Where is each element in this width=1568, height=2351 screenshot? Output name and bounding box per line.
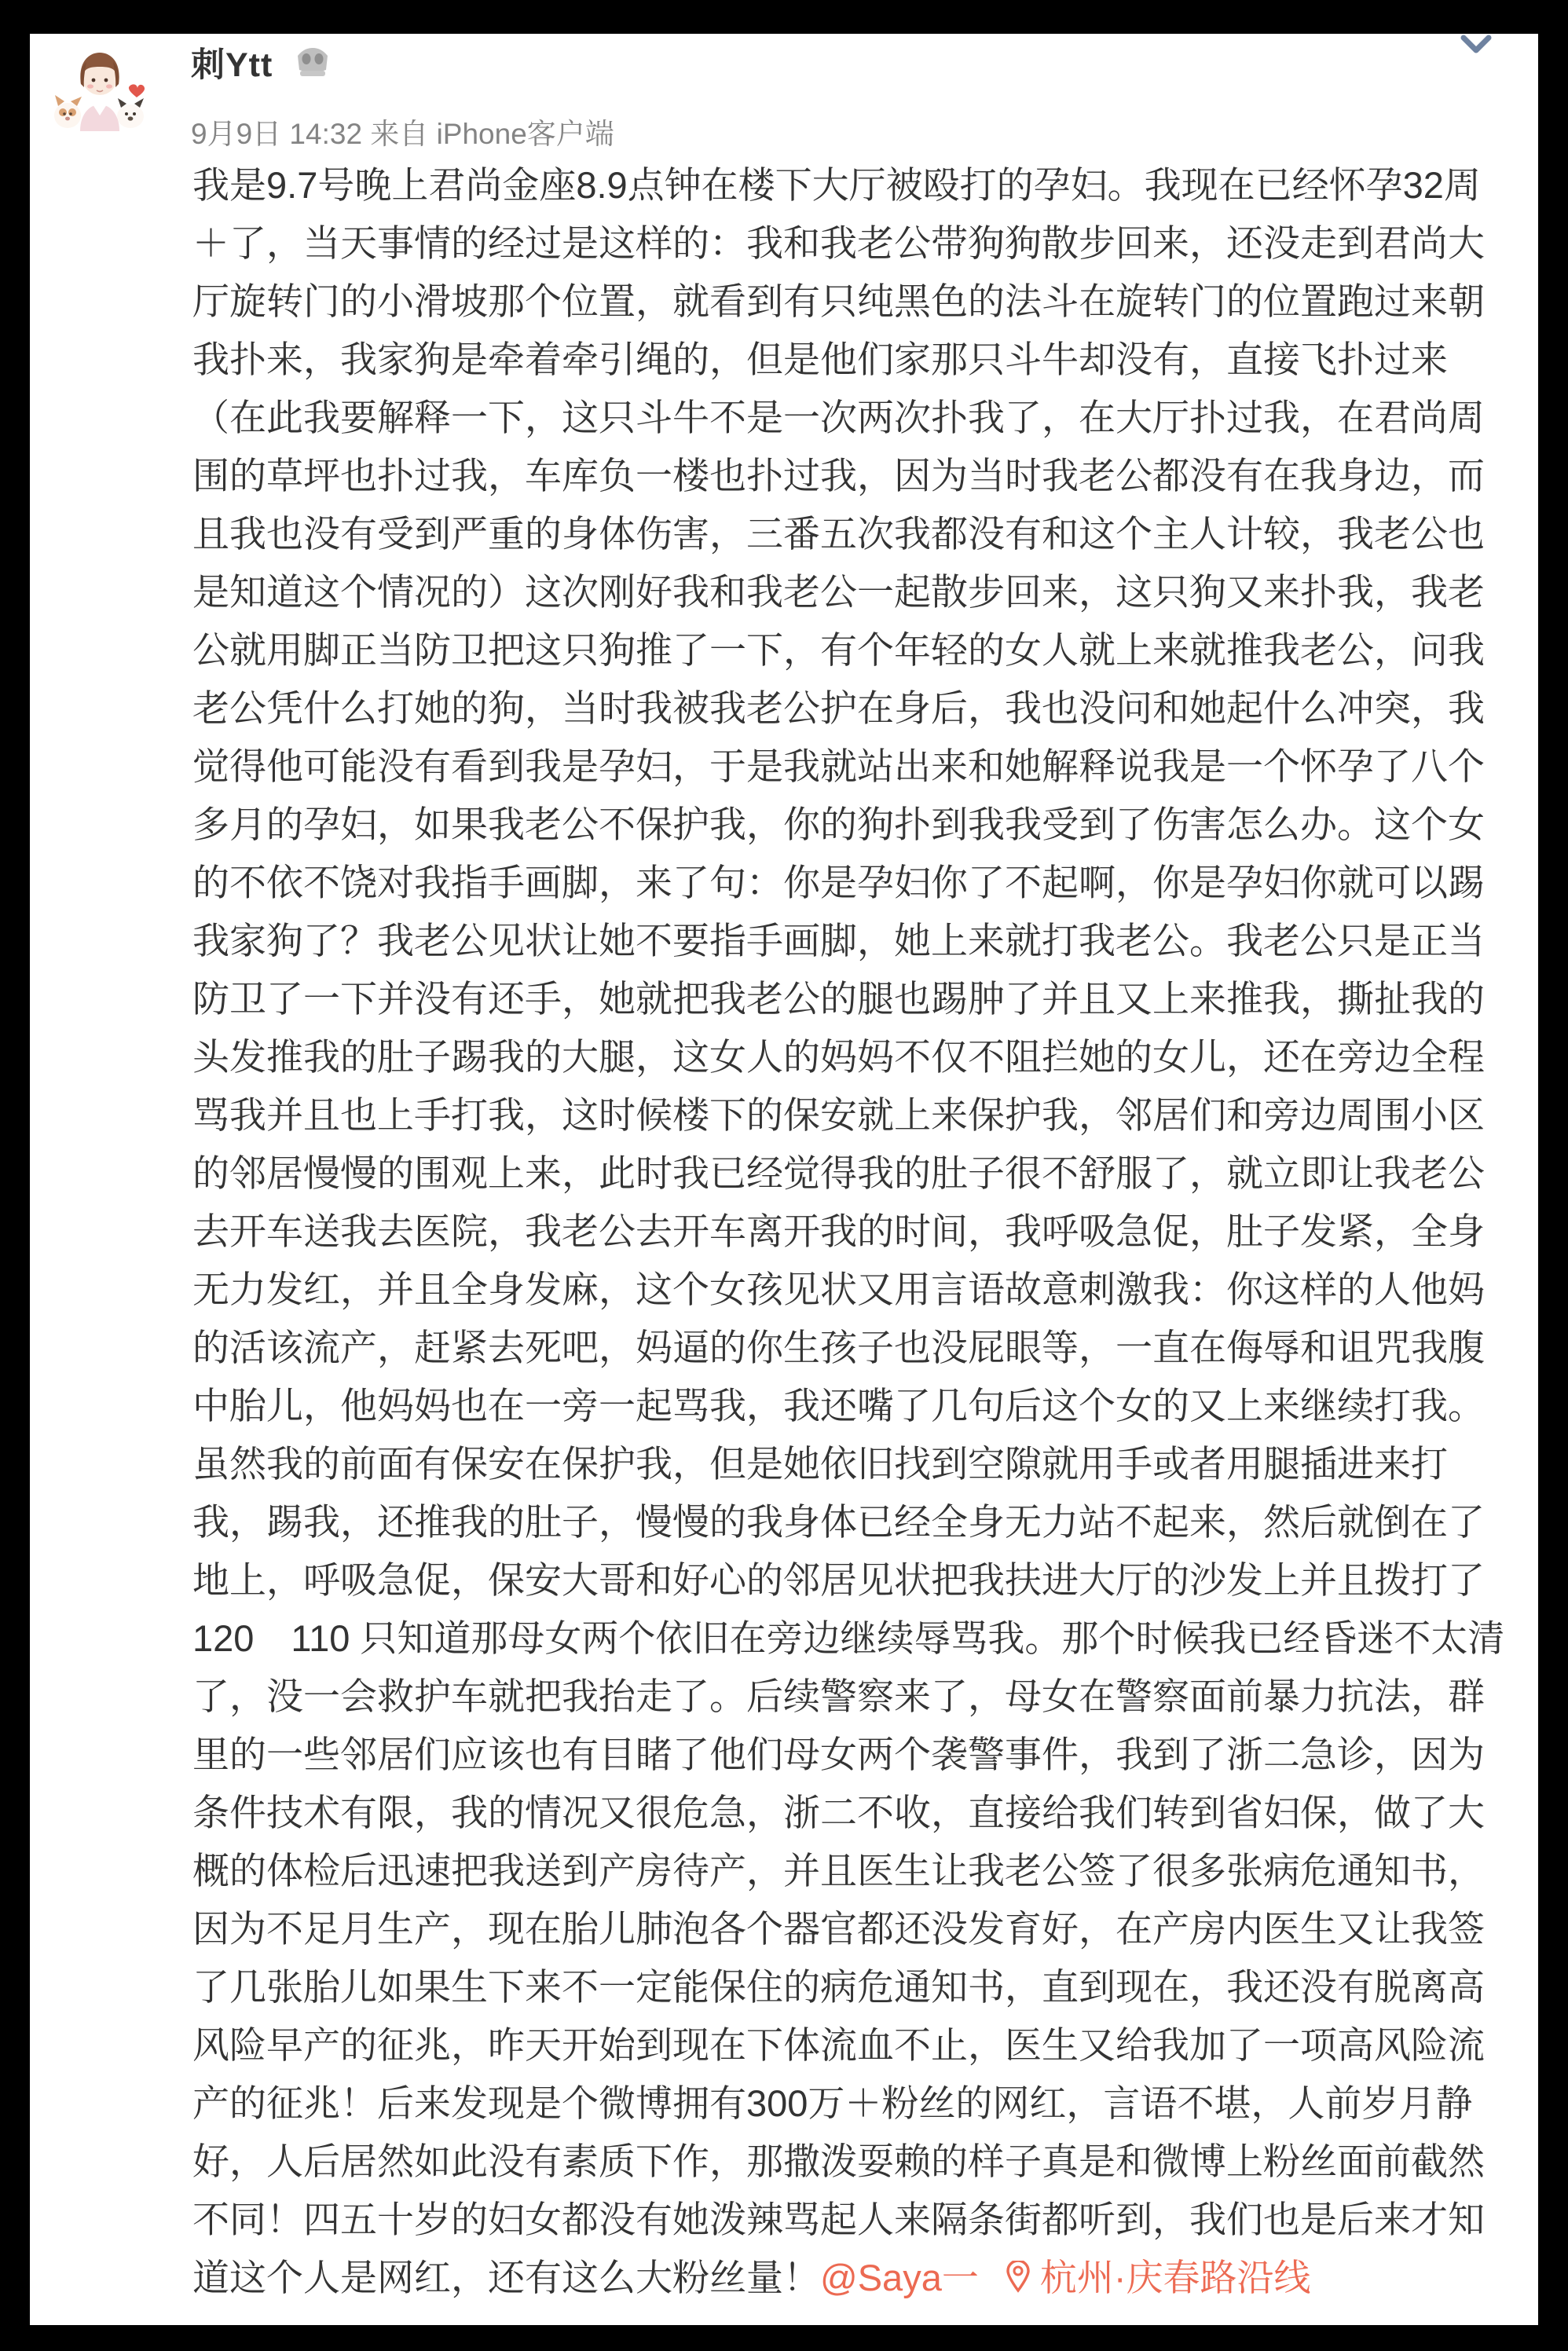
text-line: 我家狗了？我老公见状让她不要指手画脚，她上来就打我老公。我老公只是正当 bbox=[192, 912, 1504, 970]
avatar[interactable] bbox=[52, 43, 148, 131]
map-pin-icon bbox=[1006, 2252, 1031, 2310]
mention-link[interactable]: @Saya一 bbox=[820, 2257, 979, 2298]
text-line: 条件技术有限，我的情况又很危急，浙二不收，直接给我们转到省妇保，做了大 bbox=[192, 1784, 1504, 1842]
text-line: 多月的孕妇，如果我老公不保护我，你的狗扑到我我受到了伤害怎么办。这个女 bbox=[192, 796, 1504, 854]
text-line: 我，踢我，还推我的肚子，慢慢的我身体已经全身无力站不起来，然后就倒在了 bbox=[192, 1493, 1504, 1551]
text-line: 老公凭什么打她的狗，当时我被我老公护在身后，我也没问和她起什么冲突，我 bbox=[192, 679, 1504, 738]
text-line-last: 道这个人是网红，还有这么大粉丝量！@Saya一杭州·庆春路沿线 bbox=[192, 2249, 1504, 2307]
text-line: 里的一些邻居们应该也有目睹了他们母女两个袭警事件，我到了浙二急诊，因为 bbox=[192, 1726, 1504, 1784]
text-line: 防卫了一下并没有还手，她就把我老公的腿也踢肿了并且又上来推我，撕扯我的 bbox=[192, 970, 1504, 1028]
text-line: 围的草坪也扑过我，车库负一楼也扑过我，因为当时我老公都没有在我身边，而 bbox=[192, 447, 1504, 505]
location-label: 杭州·庆春路沿线 bbox=[1040, 2257, 1311, 2298]
text-line: 产的征兆！后来发现是个微博拥有300万＋粉丝的网红，言语不堪，人前岁月静 bbox=[192, 2075, 1504, 2133]
text-line: 因为不足月生产，现在胎儿肺泡各个器官都还没发育好，在产房内医生又让我签 bbox=[192, 1900, 1504, 1958]
text-line: 的活该流产，赶紧去死吧，妈逼的你生孩子也没屁眼等，一直在侮辱和诅咒我腹 bbox=[192, 1319, 1504, 1377]
text-line: 地上，呼吸急促，保安大哥和好心的邻居见状把我扶进大厅的沙发上并且拨打了 bbox=[192, 1551, 1504, 1609]
crown-badge-icon bbox=[295, 45, 331, 79]
avatar-illustration bbox=[52, 43, 148, 131]
text-line: 概的体检后迅速把我送到产房待产，并且医生让我老公签了很多张病危通知书， bbox=[192, 1842, 1504, 1900]
text-line: 虽然我的前面有保安在保护我，但是她依旧找到空隙就用手或者用腿插进来打 bbox=[192, 1435, 1504, 1493]
text-line: 我扑来，我家狗是牵着牵引绳的，但是他们家那只斗牛却没有，直接飞扑过来 bbox=[192, 331, 1504, 389]
text-line: 120 110 只知道那母女两个依旧在旁边继续辱骂我。那个时候我已经昏迷不太清 bbox=[192, 1609, 1504, 1668]
text-line: 去开车送我去医院，我老公去开车离开我的时间，我呼吸急促，肚子发紧，全身 bbox=[192, 1203, 1504, 1261]
post-timestamp: 9月9日 14:32 来自 iPhone客户端 bbox=[191, 110, 614, 152]
text-line: 无力发红，并且全身发麻，这个女孩见状又用言语故意刺激我：你这样的人他妈 bbox=[192, 1261, 1504, 1319]
post-text-tail: 道这个人是网红，还有这么大粉丝量！ bbox=[192, 2257, 820, 2298]
post-content: 我是9.7号晚上君尚金座8.9点钟在楼下大厅被殴打的孕妇。我现在已经怀孕32周＋… bbox=[192, 156, 1504, 2307]
text-line: 是知道这个情况的）这次刚好我和我老公一起散步回来，这只狗又来扑我，我老 bbox=[192, 563, 1504, 621]
author-name[interactable]: 刺Ytt bbox=[191, 38, 273, 86]
text-line: 厅旋转门的小滑坡那个位置，就看到有只纯黑色的法斗在旋转门的位置跑过来朝 bbox=[192, 273, 1504, 331]
text-line: 好，人后居然如此没有素质下作，那撒泼耍赖的样子真是和微博上粉丝面前截然 bbox=[192, 2133, 1504, 2191]
chevron-down-icon[interactable] bbox=[1460, 34, 1494, 57]
text-line: 骂我并且也上手打我，这时候楼下的保安就上来保护我，邻居们和旁边周围小区 bbox=[192, 1086, 1504, 1144]
text-line: 的邻居慢慢的围观上来，此时我已经觉得我的肚子很不舒服了，就立即让我老公 bbox=[192, 1144, 1504, 1203]
text-line: （在此我要解释一下，这只斗牛不是一次两次扑我了，在大厅扑过我，在君尚周 bbox=[192, 389, 1504, 447]
text-line: 且我也没有受到严重的身体伤害，三番五次我都没有和这个主人计较，我老公也 bbox=[192, 505, 1504, 563]
text-line: 觉得他可能没有看到我是孕妇，于是我就站出来和她解释说我是一个怀孕了八个 bbox=[192, 738, 1504, 796]
post-lines: 我是9.7号晚上君尚金座8.9点钟在楼下大厅被殴打的孕妇。我现在已经怀孕32周＋… bbox=[192, 156, 1504, 2249]
text-line: 了几张胎儿如果生下来不一定能保住的病危通知书，直到现在，我还没有脱离高 bbox=[192, 1958, 1504, 2016]
text-line: ＋了，当天事情的经过是这样的：我和我老公带狗狗散步回来，还没走到君尚大 bbox=[192, 214, 1504, 273]
text-line: 的不依不饶对我指手画脚，来了句：你是孕妇你了不起啊，你是孕妇你就可以踢 bbox=[192, 854, 1504, 912]
text-line: 了，没一会救护车就把我抬走了。后续警察来了，母女在警察面前暴力抗法，群 bbox=[192, 1668, 1504, 1726]
text-line: 不同！四五十岁的妇女都没有她泼辣骂起人来隔条街都听到，我们也是后来才知 bbox=[192, 2191, 1504, 2249]
text-line: 头发推我的肚子踢我的大腿，这女人的妈妈不仅不阻拦她的女儿，还在旁边全程 bbox=[192, 1028, 1504, 1086]
location-link[interactable]: 杭州·庆春路沿线 bbox=[1006, 2257, 1311, 2298]
text-line: 公就用脚正当防卫把这只狗推了一下，有个年轻的女人就上来就推我老公，问我 bbox=[192, 621, 1504, 679]
screenshot-frame: 刺Ytt 9月9日 14:32 来自 iPhone客户端 我是9.7号晚上君尚金… bbox=[0, 0, 1568, 2351]
text-line: 我是9.7号晚上君尚金座8.9点钟在楼下大厅被殴打的孕妇。我现在已经怀孕32周 bbox=[192, 156, 1504, 214]
text-line: 中胎儿，他妈妈也在一旁一起骂我，我还嘴了几句后这个女的又上来继续打我。 bbox=[192, 1377, 1504, 1435]
weibo-post-card: 刺Ytt 9月9日 14:32 来自 iPhone客户端 我是9.7号晚上君尚金… bbox=[30, 34, 1538, 2325]
text-line: 风险早产的征兆，昨天开始到现在下体流血不止，医生又给我加了一项高风险流 bbox=[192, 2016, 1504, 2075]
